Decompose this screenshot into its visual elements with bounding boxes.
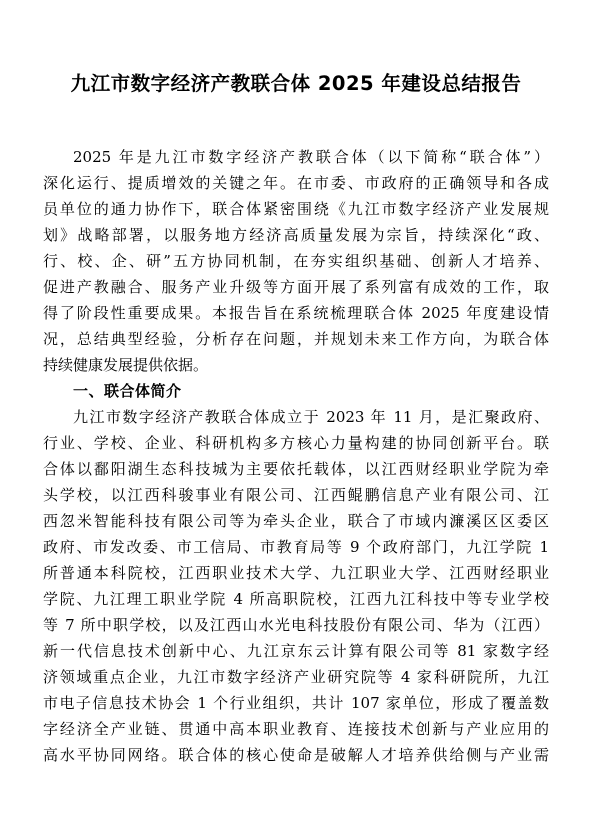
text-line: 持续健康发展提供依据。 bbox=[43, 352, 549, 378]
document-title: 九江市数字经济产教联合体 2025 年建设总结报告 bbox=[40, 70, 552, 98]
text-line: 西忽米智能科技有限公司等为牵头企业，联合了市域内濂溪区区委区 bbox=[43, 508, 549, 534]
text-line: 所普通本科院校，江西职业技术大学、九江职业大学、江西财经职业 bbox=[43, 560, 549, 586]
text-line: 高水平协同网络。联合体的核心使命是破解人才培养供给侧与产业需 bbox=[43, 742, 549, 768]
text-line: 政府、市发改委、市工信局、市教育局等 9 个政府部门，九江学院 1 bbox=[43, 534, 549, 560]
text-line: 等 7 所中职学校，以及江西山水光电科技股份有限公司、华为（江西） bbox=[43, 612, 549, 638]
text-line: 划》战略部署，以服务地方经济高质量发展为宗旨，持续深化“政、 bbox=[43, 222, 549, 248]
document-body: 2025 年是九江市数字经济产教联合体（以下简称“联合体”）深化运行、提质增效的… bbox=[43, 144, 549, 768]
text-line: 九江市数字经济产教联合体成立于 2023 年 11 月，是汇聚政府、 bbox=[43, 404, 549, 430]
text-line: 况，总结典型经验，分析存在问题，并规划未来工作方向，为联合体 bbox=[43, 326, 549, 352]
text-line: 促进产教融合、服务产业升级等方面开展了系列富有成效的工作，取 bbox=[43, 274, 549, 300]
text-line: 员单位的通力协作下，联合体紧密围绕《九江市数字经济产业发展规 bbox=[43, 196, 549, 222]
text-line: 得了阶段性重要成果。本报告旨在系统梳理联合体 2025 年度建设情 bbox=[43, 300, 549, 326]
text-line: 市电子信息技术协会 1 个行业组织，共计 107 家单位，形成了覆盖数 bbox=[43, 690, 549, 716]
text-line: 头学校，以江西科骏事业有限公司、江西鲲鹏信息产业有限公司、江 bbox=[43, 482, 549, 508]
text-line: 行业、学校、企业、科研机构多方核心力量构建的协同创新平台。联 bbox=[43, 430, 549, 456]
text-line: 新一代信息技术创新中心、九江京东云计算有限公司等 81 家数字经 bbox=[43, 638, 549, 664]
text-line: 合体以鄱阳湖生态科技城为主要依托载体，以江西财经职业学院为牵 bbox=[43, 456, 549, 482]
section-heading: 一、联合体简介 bbox=[43, 378, 549, 404]
document-page: 九江市数字经济产教联合体 2025 年建设总结报告 2025 年是九江市数字经济… bbox=[0, 0, 592, 838]
text-line: 2025 年是九江市数字经济产教联合体（以下简称“联合体”） bbox=[43, 144, 549, 170]
text-line: 深化运行、提质增效的关键之年。在市委、市政府的正确领导和各成 bbox=[43, 170, 549, 196]
text-line: 学院、九江理工职业学院 4 所高职院校，江西九江科技中等专业学校 bbox=[43, 586, 549, 612]
text-line: 济领域重点企业，九江市数字经济产业研究院等 4 家科研院所，九江 bbox=[43, 664, 549, 690]
text-line: 字经济全产业链、贯通中高本职业教育、连接技术创新与产业应用的 bbox=[43, 716, 549, 742]
text-line: 行、校、企、研”五方协同机制，在夯实组织基础、创新人才培养、 bbox=[43, 248, 549, 274]
